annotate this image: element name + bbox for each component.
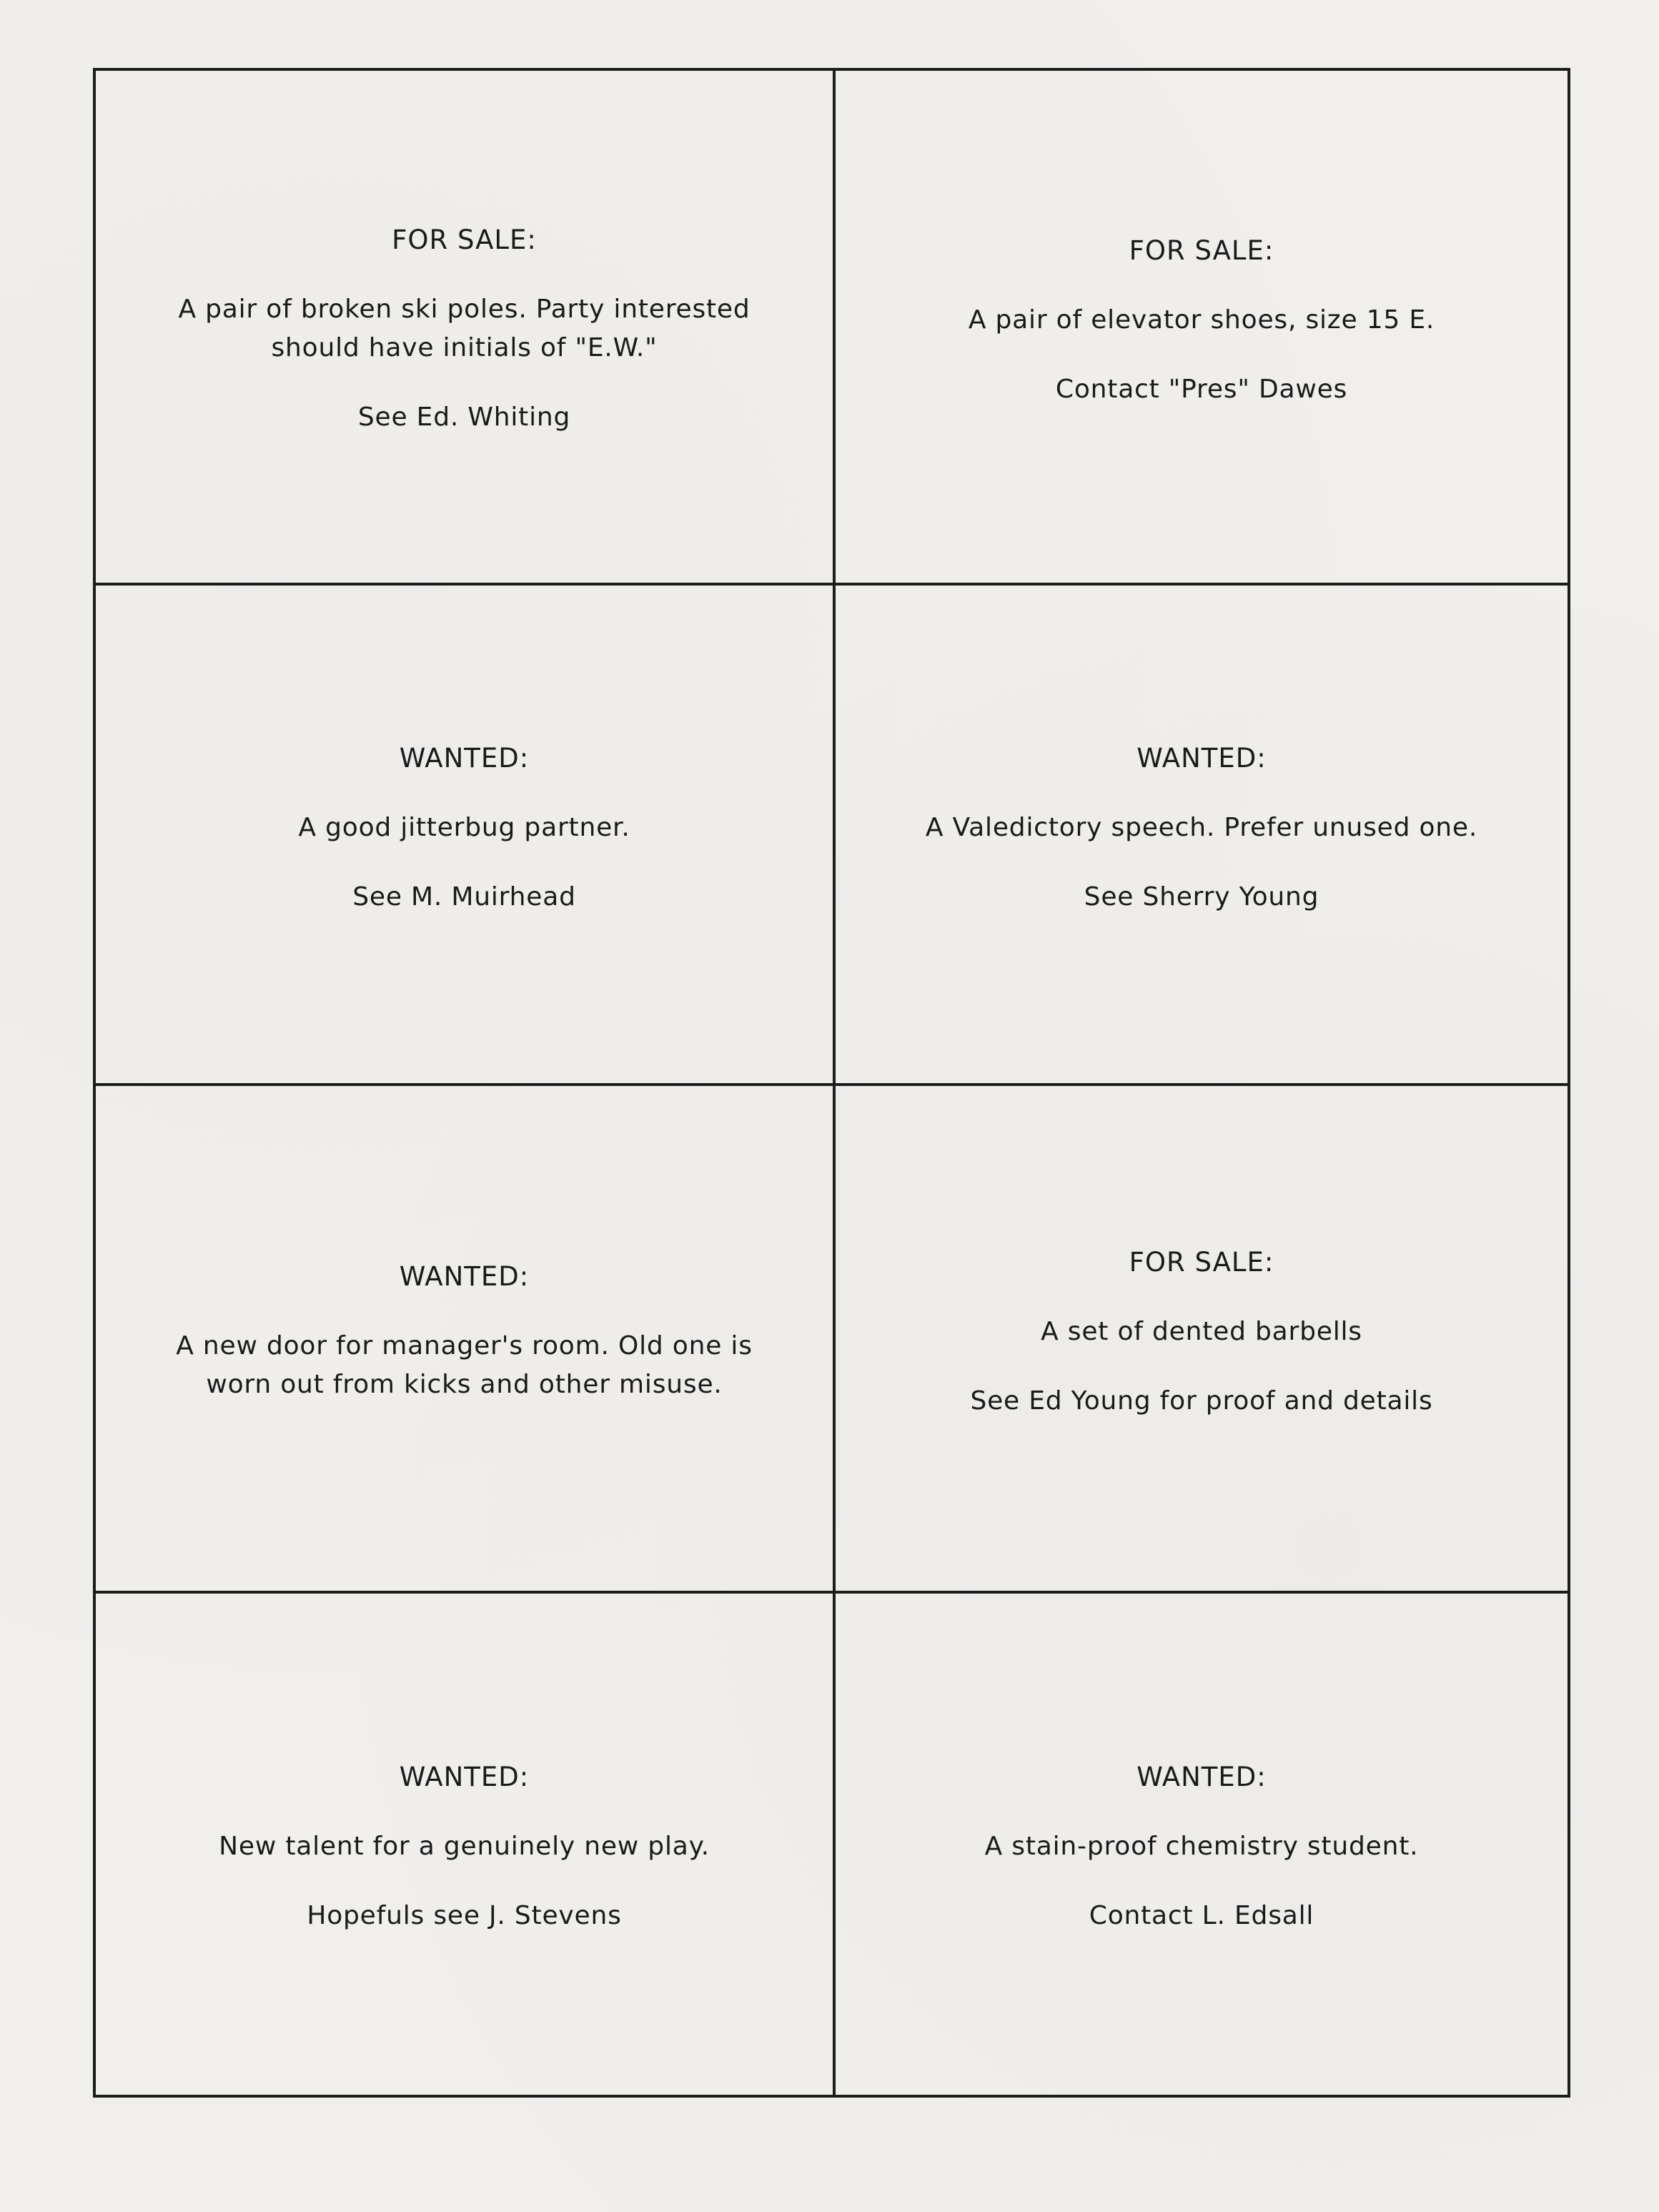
ad-cell: WANTED: A good jitterbug partner. See M.… <box>96 586 836 1086</box>
ad-cell: FOR SALE: A pair of elevator shoes, size… <box>836 71 1568 586</box>
ad-body: A set of dented barbells <box>1041 1313 1362 1351</box>
ad-heading: WANTED: <box>1136 1762 1267 1793</box>
ad-heading: WANTED: <box>400 743 530 774</box>
ad-body: A stain-proof chemistry student. <box>985 1827 1419 1866</box>
page: FOR SALE: A pair of broken ski poles. Pa… <box>0 0 1659 2212</box>
ad-body: A pair of broken ski poles. Party intere… <box>178 290 750 367</box>
ad-body: New talent for a genuinely new play. <box>219 1827 710 1866</box>
ad-contact: Hopefuls see J. Stevens <box>307 1900 621 1931</box>
ad-cell: WANTED: A new door for manager's room. O… <box>96 1086 836 1594</box>
ad-contact: See Sherry Young <box>1084 882 1319 912</box>
ad-contact: Contact "Pres" Dawes <box>1056 374 1347 405</box>
ad-heading: FOR SALE: <box>1129 1247 1274 1278</box>
ad-contact: See Ed Young for proof and details <box>970 1386 1432 1416</box>
ad-contact: See M. Muirhead <box>352 882 575 912</box>
ad-contact: Contact L. Edsall <box>1089 1900 1314 1931</box>
ad-body: A new door for manager's room. Old one i… <box>176 1327 753 1404</box>
ad-cell: WANTED: A stain-proof chemistry student.… <box>836 1594 1568 2095</box>
ad-heading: WANTED: <box>400 1261 530 1293</box>
ad-body: A Valedictory speech. Prefer unused one. <box>926 809 1477 847</box>
ad-cell: FOR SALE: A set of dented barbells See E… <box>836 1086 1568 1594</box>
ad-heading: FOR SALE: <box>1129 235 1274 267</box>
ad-cell: WANTED: New talent for a genuinely new p… <box>96 1594 836 2095</box>
classified-ads-grid: FOR SALE: A pair of broken ski poles. Pa… <box>93 68 1570 2098</box>
ad-body: A good jitterbug partner. <box>298 809 630 847</box>
ad-contact: See Ed. Whiting <box>358 402 570 433</box>
ad-cell: FOR SALE: A pair of broken ski poles. Pa… <box>96 71 836 586</box>
ad-heading: WANTED: <box>1136 743 1267 774</box>
ad-heading: FOR SALE: <box>392 224 537 256</box>
ad-cell: WANTED: A Valedictory speech. Prefer unu… <box>836 586 1568 1086</box>
ad-heading: WANTED: <box>400 1762 530 1793</box>
ad-body: A pair of elevator shoes, size 15 E. <box>969 301 1435 340</box>
